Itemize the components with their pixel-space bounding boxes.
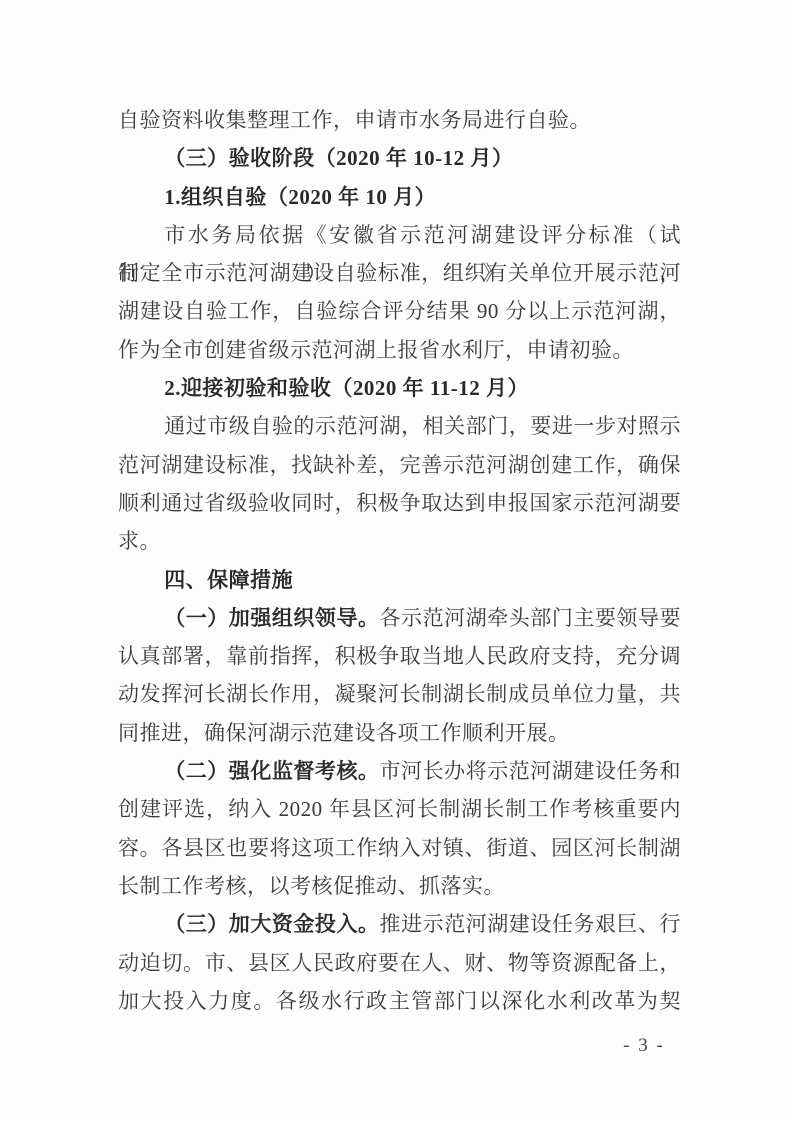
document-line: 求。: [118, 522, 681, 560]
document-line: 容。各县区也要将这项工作纳入对镇、街道、园区河长制湖: [118, 829, 681, 867]
line-body-text: 各示范河湖牵头部门主要领导要: [380, 606, 681, 630]
line-body-text: 市河长办将示范河湖建设任务和: [380, 759, 681, 783]
document-line: 制定全市示范河湖建设自验标准，组织有关单位开展示范河: [118, 254, 681, 292]
section-heading: 四、保障措施: [118, 561, 681, 599]
document-line: 认真部署，靠前指挥，积极争取当地人民政府支持，充分调: [118, 637, 681, 675]
line-lead-text: 四、保障措施: [164, 568, 293, 592]
document-line: （二）强化监督考核。市河长办将示范河湖建设任务和: [118, 752, 681, 790]
document-line: 动发挥河长湖长作用，凝聚河长制湖长制成员单位力量，共: [118, 675, 681, 713]
line-body-text: 创建评选，纳入 2020 年县区河长制湖长制工作考核重要内: [118, 797, 681, 821]
document-line: 范河湖建设标准，找缺补差，完善示范河湖创建工作，确保: [118, 446, 681, 484]
document-line: 同推进，确保河湖示范建设各项工作顺利开展。: [118, 714, 681, 752]
line-lead-text: （三）验收阶段（2020 年 10-12 月）: [164, 146, 513, 170]
document-line: 长制工作考核，以考核促推动、抓落实。: [118, 867, 681, 905]
line-body-text: 顺利通过省级验收同时，积极争取达到申报国家示范河湖要: [118, 491, 681, 515]
line-body-text: 长制工作考核，以考核促推动、抓落实。: [118, 874, 505, 898]
line-body-text: 通过市级自验的示范河湖，相关部门，要进一步对照示: [164, 414, 681, 438]
document-line: （三）加大资金投入。推进示范河湖建设任务艰巨、行: [118, 905, 681, 943]
document-page: 自验资料收集整理工作，申请市水务局进行自验。 （三）验收阶段（2020 年 10…: [0, 0, 793, 1121]
document-line: 加大投入力度。各级水行政主管部门以深化水利改革为契: [118, 982, 681, 1020]
line-body-text: 动发挥河长湖长作用，凝聚河长制湖长制成员单位力量，共: [118, 682, 681, 706]
line-lead-text: （二）强化监督考核。: [164, 759, 379, 783]
line-body-text: 范河湖建设标准，找缺补差，完善示范河湖创建工作，确保: [118, 453, 681, 477]
line-lead-text: （一）加强组织领导。: [164, 606, 379, 630]
line-body-text: 加大投入力度。各级水行政主管部门以深化水利改革为契: [118, 989, 681, 1013]
section-heading: （三）验收阶段（2020 年 10-12 月）: [118, 139, 681, 177]
line-body-text: 同推进，确保河湖示范建设各项工作顺利开展。: [118, 721, 570, 745]
section-heading: 2.迎接初验和验收（2020 年 11-12 月）: [118, 369, 681, 407]
line-body-text: 推进示范河湖建设任务艰巨、行: [380, 912, 681, 936]
line-body-text: 认真部署，靠前指挥，积极争取当地人民政府支持，充分调: [118, 644, 681, 668]
document-line: 顺利通过省级验收同时，积极争取达到申报国家示范河湖要: [118, 484, 681, 522]
document-line: 自验资料收集整理工作，申请市水务局进行自验。: [118, 101, 681, 139]
document-line: （一）加强组织领导。各示范河湖牵头部门主要领导要: [118, 599, 681, 637]
line-body-text: 动迫切。市、县区人民政府要在人、财、物等资源配备上，: [118, 951, 681, 975]
line-lead-text: 2.迎接初验和验收（2020 年 11-12 月）: [164, 376, 529, 400]
section-heading: 1.组织自验（2020 年 10 月）: [118, 178, 681, 216]
page-number: - 3 -: [608, 1035, 680, 1057]
document-line: 作为全市创建省级示范河湖上报省水利厅，申请初验。: [118, 331, 681, 369]
line-body-text: 求。: [118, 529, 161, 553]
document-line: 通过市级自验的示范河湖，相关部门，要进一步对照示: [118, 407, 681, 445]
line-body-text: 容。各县区也要将这项工作纳入对镇、街道、园区河长制湖: [118, 836, 681, 860]
document-line: 动迫切。市、县区人民政府要在人、财、物等资源配备上，: [118, 944, 681, 982]
line-body-text: 自验资料收集整理工作，申请市水务局进行自验。: [118, 108, 591, 132]
line-body-text: 湖建设自验工作，自验综合评分结果 90 分以上示范河湖，: [118, 299, 681, 323]
line-body-text: 作为全市创建省级示范河湖上报省水利厅，申请初验。: [118, 338, 634, 362]
document-text-block: 自验资料收集整理工作，申请市水务局进行自验。 （三）验收阶段（2020 年 10…: [118, 101, 681, 1020]
line-body-text: 制定全市示范河湖建设自验标准，组织有关单位开展示范河: [118, 261, 681, 285]
line-lead-text: 1.组织自验（2020 年 10 月）: [164, 185, 436, 209]
document-line: 创建评选，纳入 2020 年县区河长制湖长制工作考核重要内: [118, 790, 681, 828]
document-line: 市水务局依据《安徽省示范河湖建设评分标准（试行）》，: [118, 216, 681, 254]
document-line: 湖建设自验工作，自验综合评分结果 90 分以上示范河湖，: [118, 292, 681, 330]
line-lead-text: （三）加大资金投入。: [164, 912, 379, 936]
